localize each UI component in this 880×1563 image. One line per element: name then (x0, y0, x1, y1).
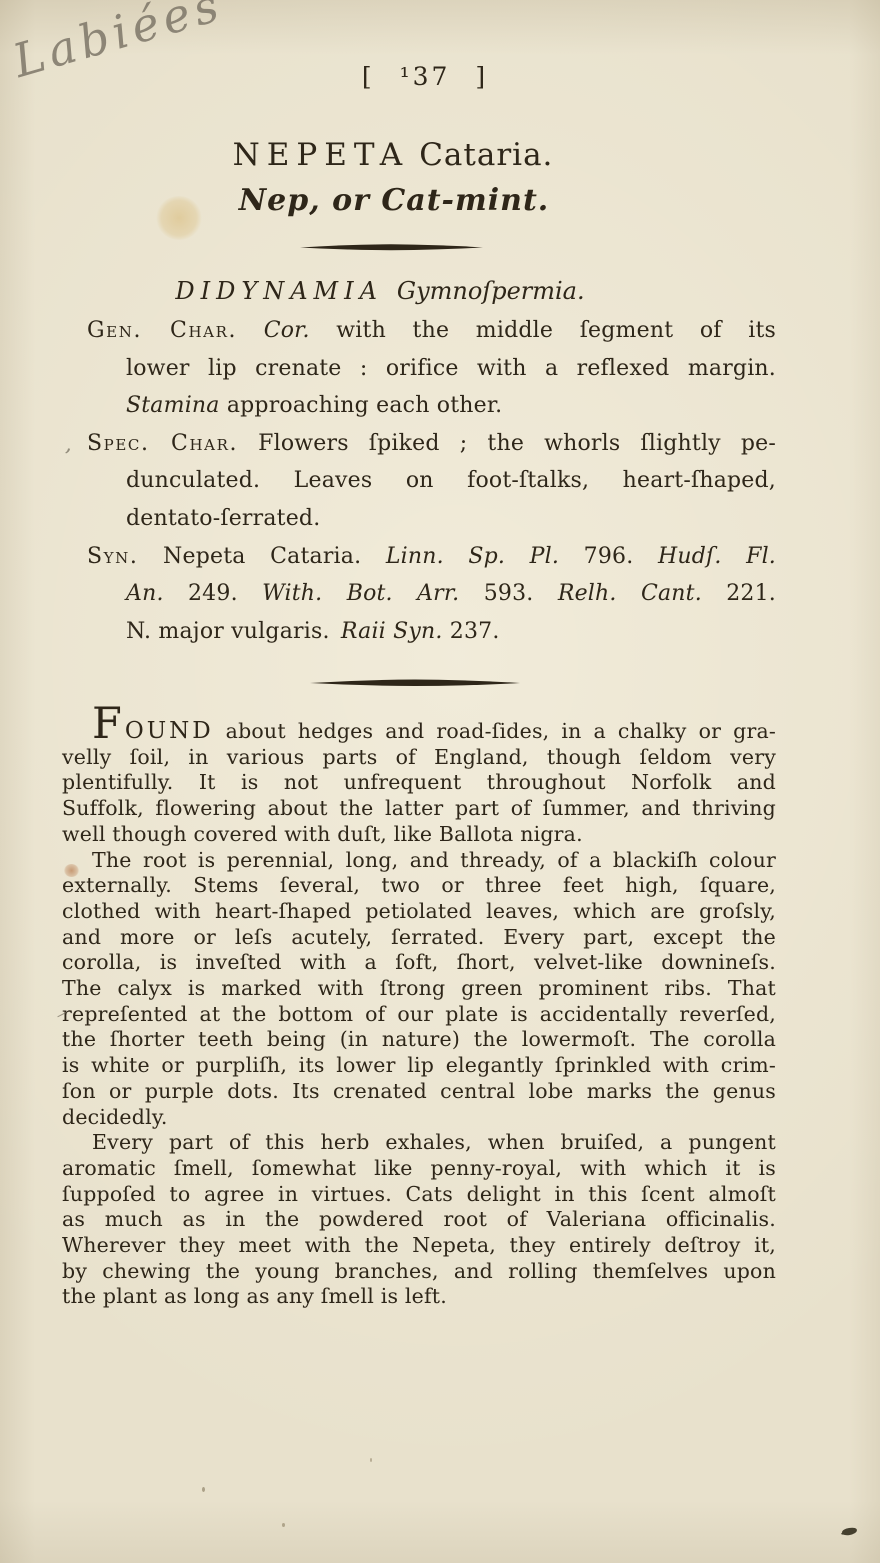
text-line: Suffolk, flowering about the latter part… (62, 796, 776, 822)
common-name: Nep, or Cat-mint. (239, 183, 550, 218)
text-line: velly ſoil, in various parts of England,… (62, 745, 776, 771)
dust-speck (282, 1523, 285, 1527)
text-line: the ſhorter teeth being (in nature) the … (62, 1027, 776, 1053)
synonym-line: N. major vulgaris. Raii Syn. 237. (62, 613, 776, 651)
text-line: repreſented at the bottom of our plate i… (62, 1002, 776, 1028)
species-title: NEPETACataria. (233, 137, 554, 173)
stain-spot (64, 864, 79, 877)
text-line: ſon or purple dots. Its crenated central… (62, 1079, 776, 1105)
text-line: is white or purpliſh, its lower lip eleg… (62, 1053, 776, 1079)
handwritten-annotation: Labiées (7, 0, 272, 88)
text-line: ſuppoſed to agree in virtues. Cats delig… (62, 1182, 776, 1208)
synonym-line: Syn. Nepeta Cataria. Linn. Sp. Pl. 796. … (62, 538, 776, 576)
text-line: well though covered with duſt, like Ball… (62, 822, 776, 848)
character-sections: Gen. Char. Cor. with the middle ſegment … (62, 312, 776, 650)
spec-char-line: dunculated. Leaves on foot-ſtalks, heart… (62, 462, 776, 500)
text-line: and more or leſs acutely, ſerrated. Ever… (62, 925, 776, 951)
text-line: Wherever they meet with the Nepeta, they… (62, 1233, 776, 1259)
dust-speck (370, 1458, 372, 1462)
genus-name: NEPETA (233, 137, 410, 173)
class-name: DIDYNAMIA (175, 277, 383, 305)
text-line: Every part of this herb exhales, when br… (62, 1130, 776, 1156)
dust-speck (202, 1487, 205, 1492)
text-line: corolla, is inveſted with a ſoft, ſhort,… (62, 950, 776, 976)
text-line: aromatic ſmell, ſomewhat like penny-roya… (62, 1156, 776, 1182)
text-line: clothed with heart-ſhaped petiolated lea… (62, 899, 776, 925)
text-line: decidedly. (62, 1105, 776, 1131)
swelled-rule-top (300, 243, 483, 252)
gen-char-line: Stamina approaching each other. (62, 387, 776, 425)
page-number: [ ¹37 ] (362, 62, 488, 91)
description-text: FOUND about hedges and road-ſides, in a … (62, 719, 776, 1310)
species-epithet: Cataria. (419, 137, 553, 173)
text-line: FOUND about hedges and road-ſides, in a … (62, 719, 776, 745)
gen-char-line: Gen. Char. Cor. with the middle ſegment … (62, 312, 776, 350)
text-line: The root is perennial, long, and thready… (62, 848, 776, 874)
classification-line: DIDYNAMIAGymnoſpermia. (175, 277, 584, 305)
swelled-rule-middle (310, 678, 520, 688)
spec-char-line: Spec. Char. Flowers ſpiked ; the whorls … (62, 425, 776, 463)
text-line: externally. Stems ſeveral, two or three … (62, 873, 776, 899)
text-line: the plant as long as any ſmell is left. (62, 1284, 776, 1310)
text-line: The calyx is marked with ſtrong green pr… (62, 976, 776, 1002)
book-page: Labiées [ ¹37 ] NEPETACataria. Nep, or C… (0, 0, 880, 1563)
synonym-line: An. 249. With. Bot. Arr. 593. Relh. Cant… (62, 575, 776, 613)
spec-char-line: dentato-ſerrated. (62, 500, 776, 538)
text-line: by chewing the young branches, and rolli… (62, 1259, 776, 1285)
ink-speck (842, 1527, 858, 1536)
text-line: plentifully. It is not unfrequent throug… (62, 770, 776, 796)
order-name: Gymnoſpermia. (397, 277, 585, 305)
text-line: as much as in the powdered root of Valer… (62, 1207, 776, 1233)
gen-char-line: lower lip crenate : orifice with a refle… (62, 350, 776, 388)
stain-spot (156, 196, 202, 240)
